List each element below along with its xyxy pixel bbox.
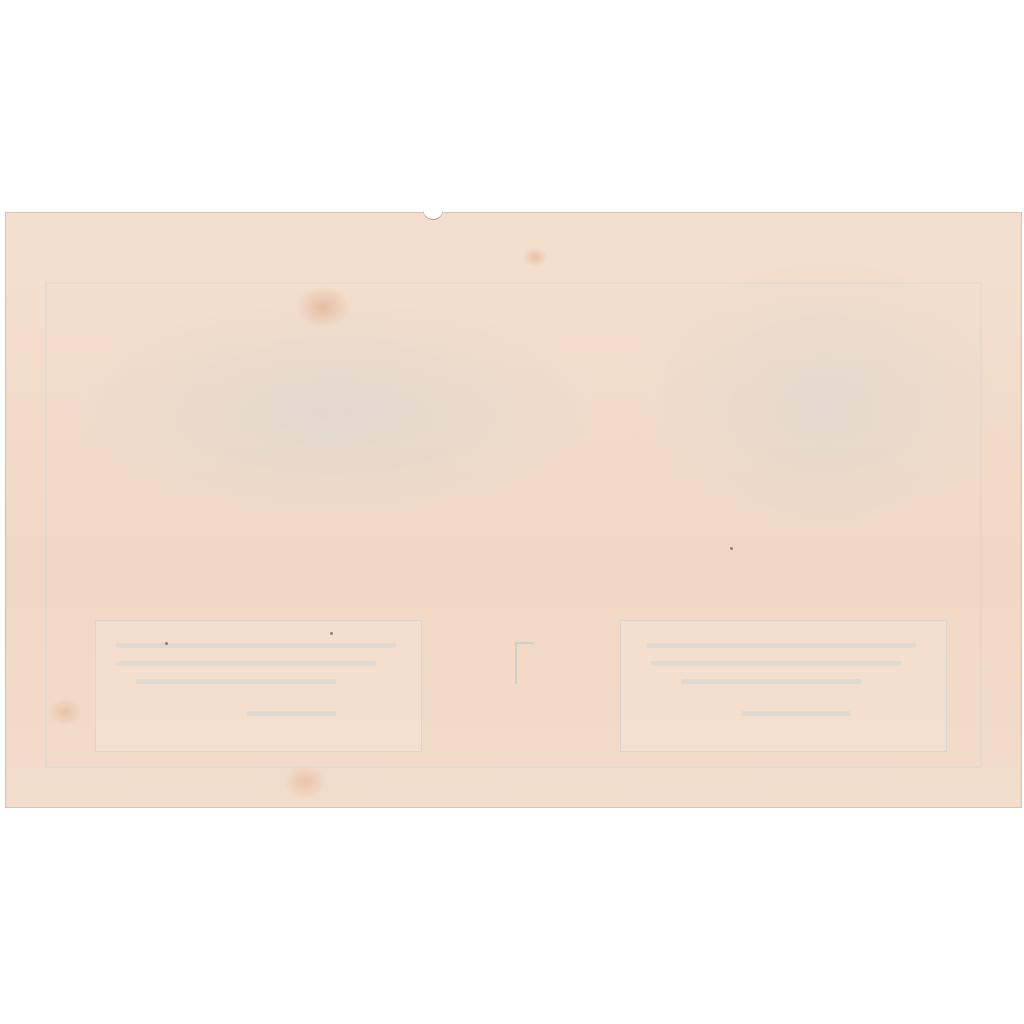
edge-notch	[423, 209, 443, 219]
ghost-text-line	[136, 679, 336, 684]
ghost-text-line	[116, 661, 376, 666]
show-through-panel-left	[95, 620, 422, 752]
speck	[730, 547, 733, 550]
ghost-text-line	[646, 643, 916, 648]
speck	[165, 642, 168, 645]
ghost-text-line	[116, 643, 396, 648]
ghost-text-line	[651, 661, 901, 666]
show-through-numeral	[515, 642, 533, 684]
banknote-reverse	[5, 212, 1022, 808]
show-through-panel-right	[620, 620, 947, 752]
ghost-text-line	[681, 679, 861, 684]
ghost-text-line	[246, 711, 336, 716]
speck	[330, 632, 333, 635]
ghost-text-line	[741, 711, 851, 716]
